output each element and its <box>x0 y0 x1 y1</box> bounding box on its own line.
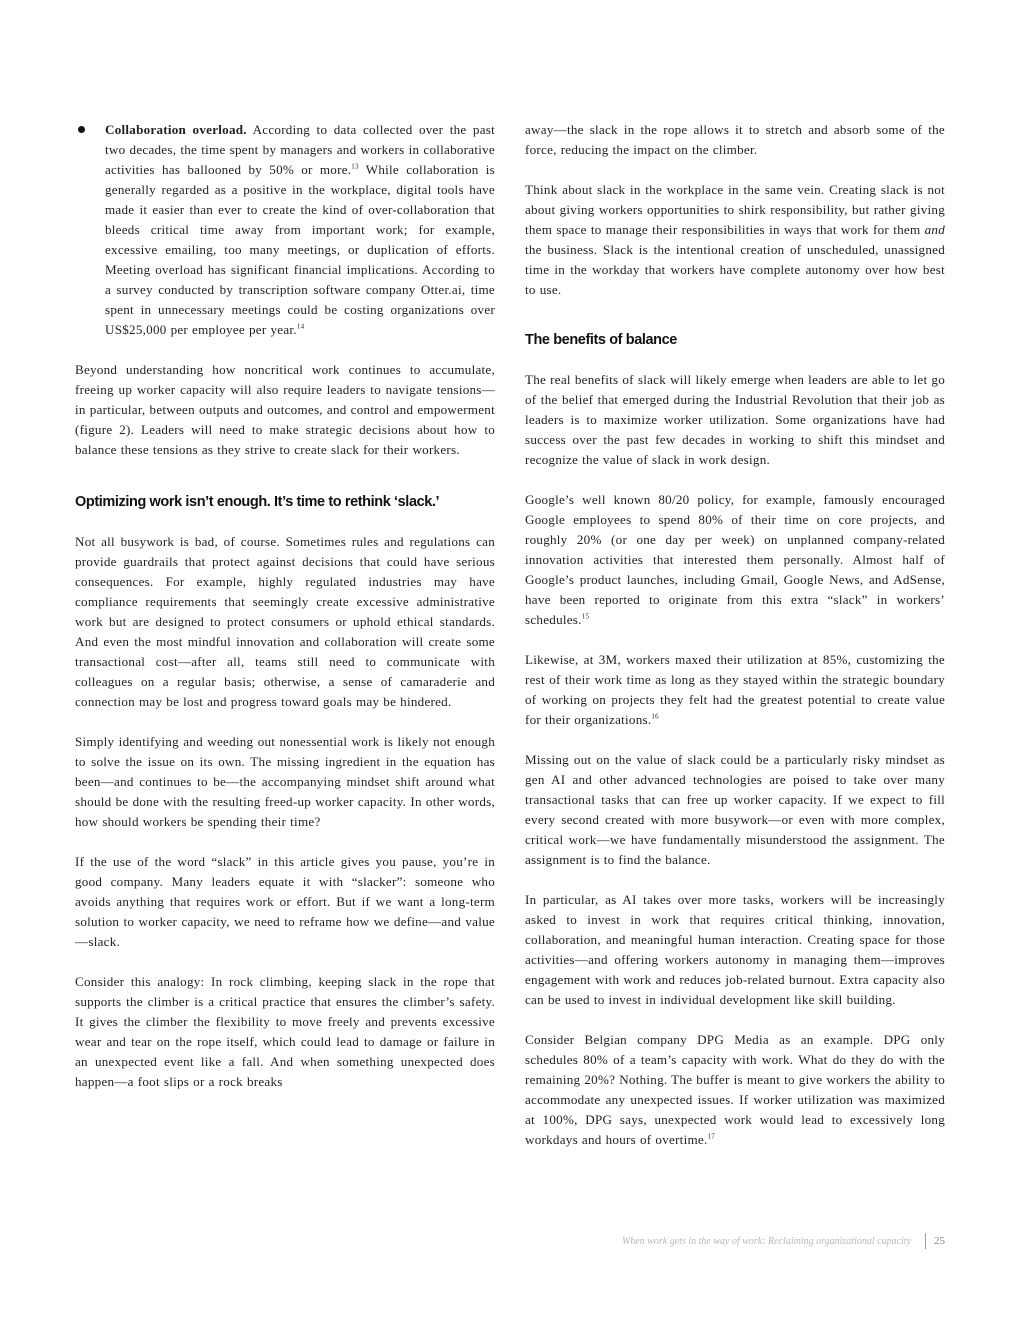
page-footer: When work gets in the way of work: Recla… <box>622 1233 945 1249</box>
bullet-icon <box>78 126 85 133</box>
paragraph-think-text: Think about slack in the workplace in th… <box>525 182 945 237</box>
footnote-ref: 14 <box>297 323 305 331</box>
page-number: 25 <box>934 1235 945 1247</box>
paragraph-word-slack: If the use of the word “slack” in this a… <box>75 852 495 952</box>
paragraph-in-particular: In particular, as AI takes over more tas… <box>525 890 945 1010</box>
paragraph-away: away—the slack in the rope allows it to … <box>525 120 945 160</box>
footnote-ref: 16 <box>651 713 659 721</box>
paragraph-dpg-text: Consider Belgian company DPG Media as an… <box>525 1032 945 1147</box>
paragraph-simply: Simply identifying and weeding out nones… <box>75 732 495 832</box>
paragraph-think-text-continued: the business. Slack is the intentional c… <box>525 242 945 297</box>
bullet-text-continued: While collaboration is generally regarde… <box>105 162 495 337</box>
footnote-ref: 15 <box>582 613 590 621</box>
document-page: Collaboration overload. According to dat… <box>0 0 1020 1320</box>
footer-title: When work gets in the way of work: Recla… <box>622 1236 911 1247</box>
paragraph-real-benefits: The real benefits of slack will likely e… <box>525 370 945 470</box>
section-heading-benefits-of-balance: The benefits of balance <box>525 330 945 350</box>
paragraph-analogy: Consider this analogy: In rock climbing,… <box>75 972 495 1092</box>
section-heading-rethink-slack: Optimizing work isn’t enough. It’s time … <box>75 492 495 512</box>
left-column: Collaboration overload. According to dat… <box>75 120 495 1112</box>
paragraph-google-text: Google’s well known 80/20 policy, for ex… <box>525 492 945 627</box>
footer-divider <box>925 1233 926 1249</box>
emphasis: and <box>925 222 945 237</box>
footnote-ref: 13 <box>351 163 359 171</box>
paragraph-3m-text: Likewise, at 3M, workers maxed their uti… <box>525 652 945 727</box>
paragraph-dpg-media: Consider Belgian company DPG Media as an… <box>525 1030 945 1150</box>
paragraph-3m: Likewise, at 3M, workers maxed their uti… <box>525 650 945 730</box>
paragraph-busywork: Not all busywork is bad, of course. Some… <box>75 532 495 712</box>
bullet-lead: Collaboration overload. <box>105 122 247 137</box>
bullet-collaboration-overload: Collaboration overload. According to dat… <box>75 120 495 340</box>
paragraph-beyond: Beyond understanding how noncritical wor… <box>75 360 495 460</box>
right-column: away—the slack in the rope allows it to … <box>525 120 945 1170</box>
paragraph-think: Think about slack in the workplace in th… <box>525 180 945 300</box>
footnote-ref: 17 <box>707 1133 715 1141</box>
paragraph-missing-out: Missing out on the value of slack could … <box>525 750 945 870</box>
paragraph-google: Google’s well known 80/20 policy, for ex… <box>525 490 945 630</box>
